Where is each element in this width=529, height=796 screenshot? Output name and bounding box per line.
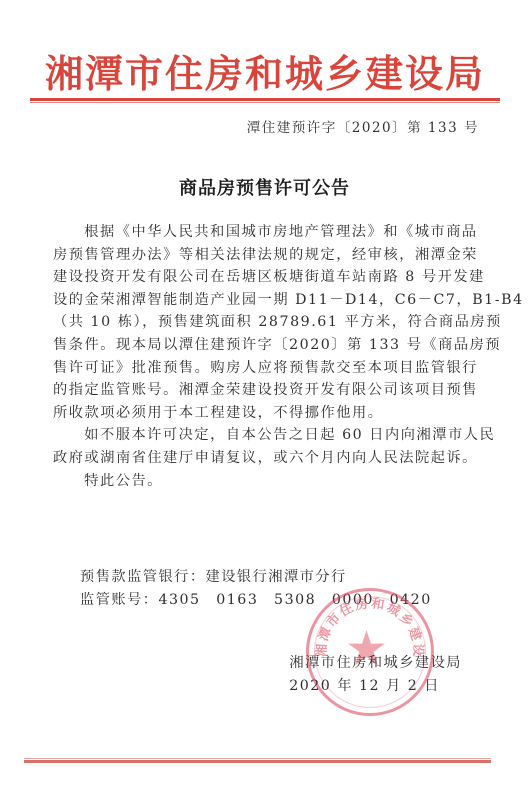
agency-header-title: 湘潭市住房和城乡建设局 [30,50,500,98]
signature-agency: 湘潭市住房和城乡建设局 [0,652,462,675]
paragraph-appeal: 如不服本许可决定，自本公告之日起 60 日内向湘潭市人民 政府或湖南省住建厅申请… [53,424,480,469]
body-line: 售条件。现本局以潭住建预许字〔2020〕第 133 号《商品房预 [53,334,480,357]
document-number: 潭住建预许字〔2020〕第 133 号 [247,116,479,136]
signature-block: 湘潭市住房和城乡建设局 2020 年 12 月 2 日 [0,652,462,698]
bank-name: 建设银行湘潭市分行 [206,569,347,585]
body-line: 政府或湖南省住建厅申请复议，或六个月内向人民法院起诉。 [53,447,480,470]
body-line: 根据《中华人民共和国城市房地产管理法》和《城市商品 [53,221,480,244]
signature-date: 2020 年 12 月 2 日 [0,675,462,698]
body-line: 特此公告。 [53,470,480,493]
body-line: 如不服本许可决定，自本公告之日起 60 日内向湘潭市人民 [53,424,480,447]
body-line: 设的金荣湘潭智能制造产业园一期 D11－D14，C6－C7，B1-B4 [53,289,480,312]
paragraph-legal-basis: 根据《中华人民共和国城市房地产管理法》和《城市商品 房预售管理办法》等相关法律法… [53,221,480,424]
footer-red-rule [24,758,491,763]
paragraph-closing: 特此公告。 [53,470,480,493]
account-label: 监管账号： [80,592,158,608]
body-line: 所收款项必须用于本工程建设，不得挪作他用。 [53,402,480,425]
body-line: 房预售管理办法》等相关法律法规的规定，经审核，湘潭金荣 [53,244,480,267]
bank-label: 预售款监管银行： [80,569,206,585]
bank-row: 预售款监管银行：建设银行湘潭市分行 [80,566,432,589]
body-line: 的指定监管账号。湘潭金荣建设投资开发有限公司该项目预售 [53,379,480,402]
body-line: 建设投资开发有限公司在岳塘区板塘街道车站南路 8 号开发建 [53,266,480,289]
notice-title: 商品房预售许可公告 [0,174,529,200]
body-line: 售许可证》批准预售。购房人应将预售款交至本项目监管银行 [53,357,480,380]
body-line: （共 10 栋），预售建筑面积 28789.61 平方米，符合商品房预 [53,311,480,334]
header-red-rule [30,98,500,103]
notice-body: 根据《中华人民共和国城市房地产管理法》和《城市商品 房预售管理办法》等相关法律法… [53,221,480,492]
